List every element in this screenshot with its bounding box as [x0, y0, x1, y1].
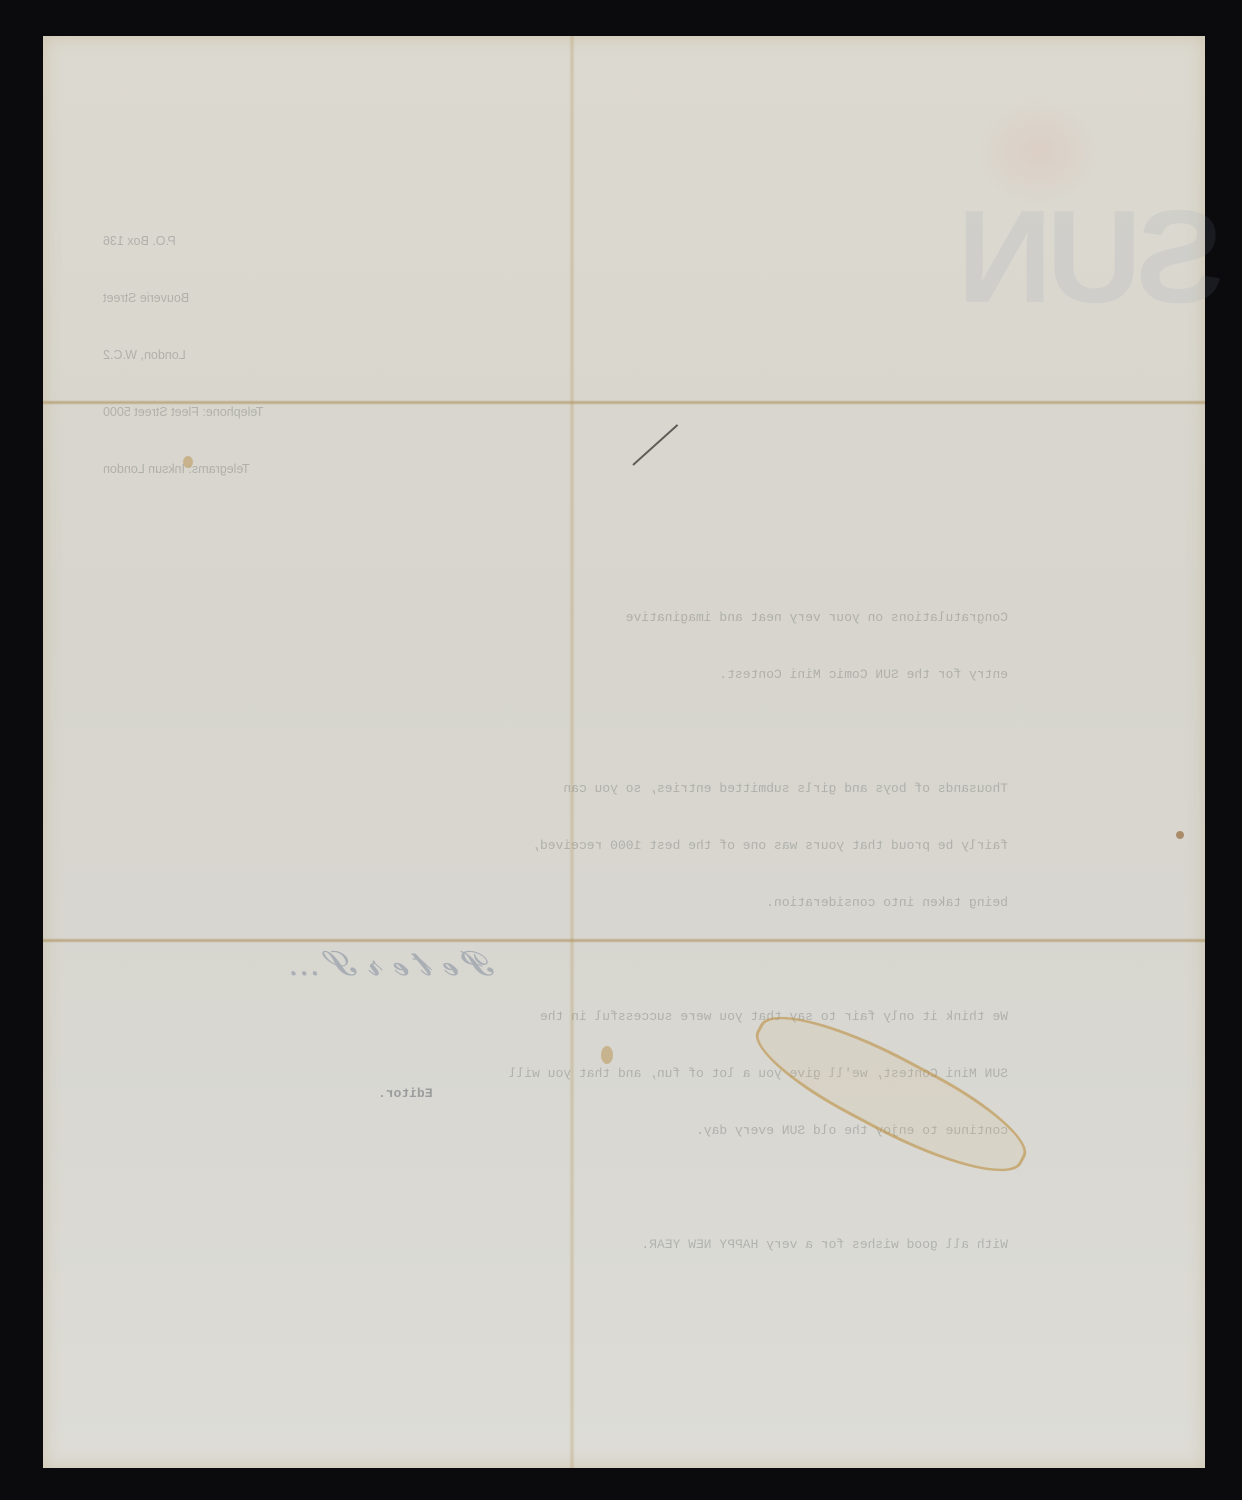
editor-title-showthrough: Editor. [378, 1084, 433, 1103]
letterhead-showthrough: P.O. Box 136 Bouverie Street London, W.C… [103, 194, 403, 517]
horizontal-fold-upper [43, 400, 1205, 405]
logo-showthrough: SUN [963, 191, 1224, 323]
stain-spot [601, 1046, 613, 1064]
stain-spot [183, 456, 193, 468]
letter-sheet: SUN P.O. Box 136 Bouverie Street London,… [43, 36, 1205, 1468]
pen-mark [632, 424, 678, 466]
stain-spot [1176, 831, 1184, 839]
letter-body-showthrough: Congratulations on your very neat and im… [248, 570, 1008, 1292]
signature-showthrough: 𝓟 𝓮 𝓽 𝓮 𝓻 𝓢 ... [288, 944, 495, 984]
